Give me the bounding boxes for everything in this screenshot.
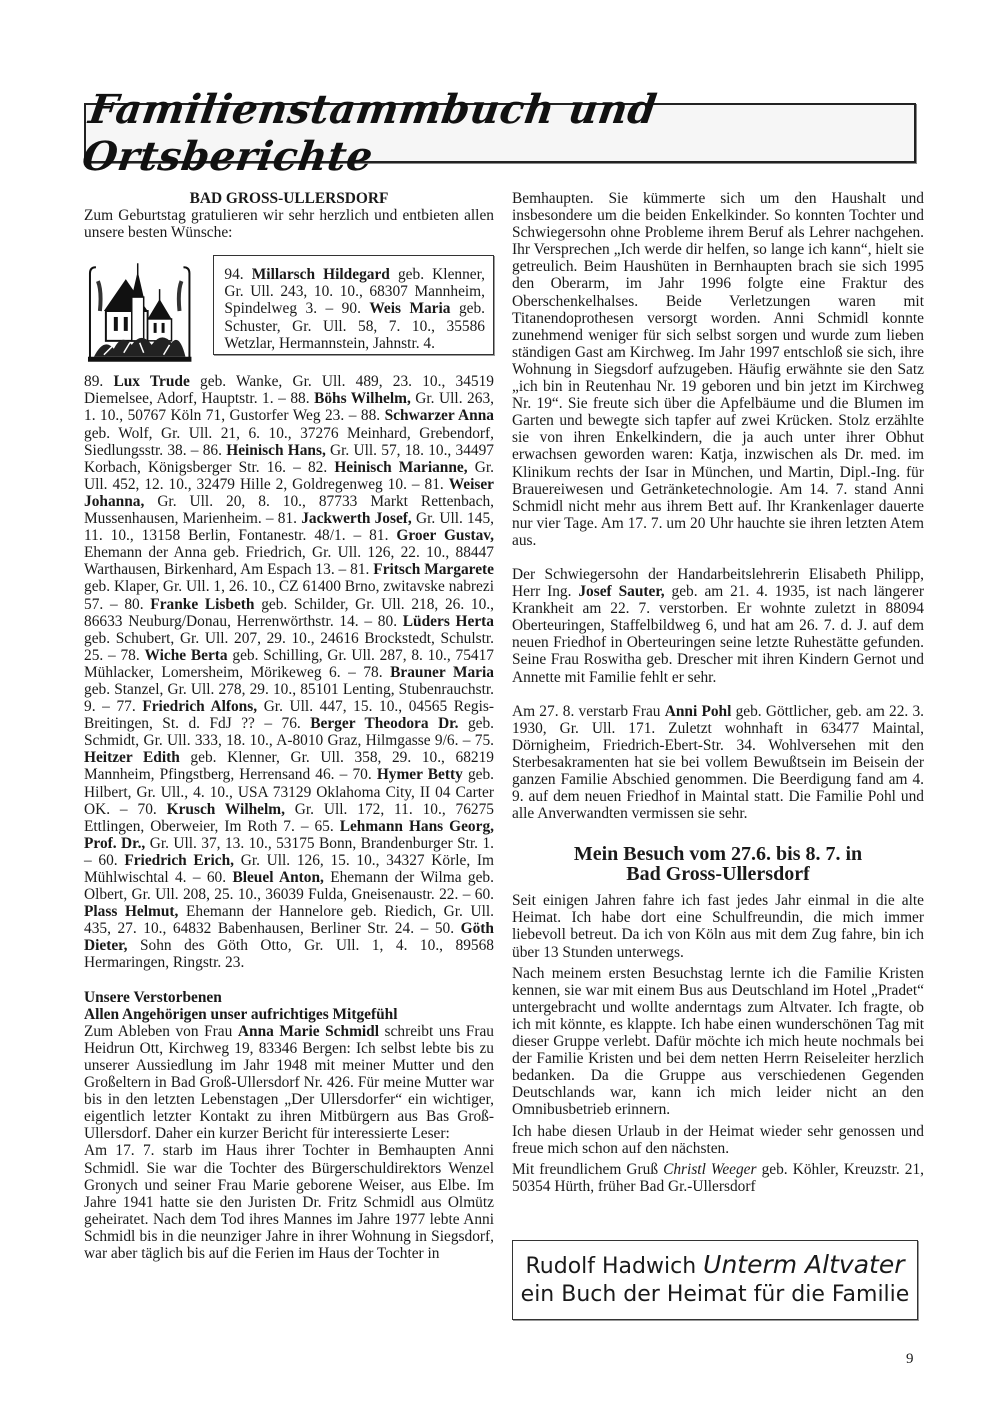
featured-birthday-box: 94. Millarsch Hildegard geb. Klenner, Gr… [213,255,494,355]
visit-signoff: Mit freundlichem Gruß Christl Weeger geb… [512,1161,924,1195]
place-heading: BAD GROSS-ULLERSDORF [84,190,494,207]
left-column: BAD GROSS-ULLERSDORF Zum Geburtstag grat… [84,190,494,1262]
deceased-subheading: Allen Angehörigen unser aufrichtiges Mit… [84,1006,494,1023]
featured-birthdays: 94. Millarsch Hildegard geb. Klenner, Gr… [84,261,494,363]
deceased-heading: Unsere Verstorbenen [84,989,494,1006]
page-title: Familienstammbuch und Ortsberichte [79,86,920,180]
ad-author: Rudolf Hadwich [526,1254,704,1279]
ad-book-title: Unterm Altvater [703,1250,904,1279]
birthday-list: 89. Lux Trude geb. Wanke, Gr. Ull. 489, … [84,373,494,971]
birthday-intro: Zum Geburtstag gratulieren wir sehr herz… [84,207,494,241]
sauter-obituary: Der Schwiegersohn der Handarbeitslehreri… [512,566,924,686]
page-title-banner: Familienstammbuch und Ortsberichte [84,103,916,163]
birthday-name: Weis Maria [369,300,450,317]
page-number: 9 [906,1351,914,1368]
visit-paragraph-2: Nach meinem ersten Besuchstag lernte ich… [512,965,924,1119]
visit-paragraph-1: Seit einigen Jahren fahre ich fast jedes… [512,892,924,960]
right-column: Bemhaupten. Sie kümmerte sich um den Hau… [512,190,924,1195]
pohl-obituary: Am 27. 8. verstarb Frau Anni Pohl geb. G… [512,703,924,823]
visit-article-heading: Mein Besuch vom 27.6. bis 8. 7. inBad Gr… [512,844,924,884]
birthday-age: 94. [224,266,243,283]
birthday-age: 90. [342,300,361,317]
birthday-name: Millarsch Hildegard [252,266,390,283]
book-advertisement: Rudolf Hadwich Unterm Altvater ein Buch … [512,1240,918,1320]
visit-paragraph-3: Ich habe diesen Urlaub in der Heimat wie… [512,1123,924,1157]
church-illustration-icon [84,261,195,363]
schmidl-intro: Zum Ableben von Frau Anna Marie Schmidl … [84,1023,494,1143]
schmidl-report-part1: Am 17. 7. starb im Haus ihrer Tochter in… [84,1142,494,1262]
ad-tagline: ein Buch der Heimat für die Familie [521,1282,910,1307]
schmidl-report-part2: Bemhaupten. Sie kümmerte sich um den Hau… [512,190,924,549]
